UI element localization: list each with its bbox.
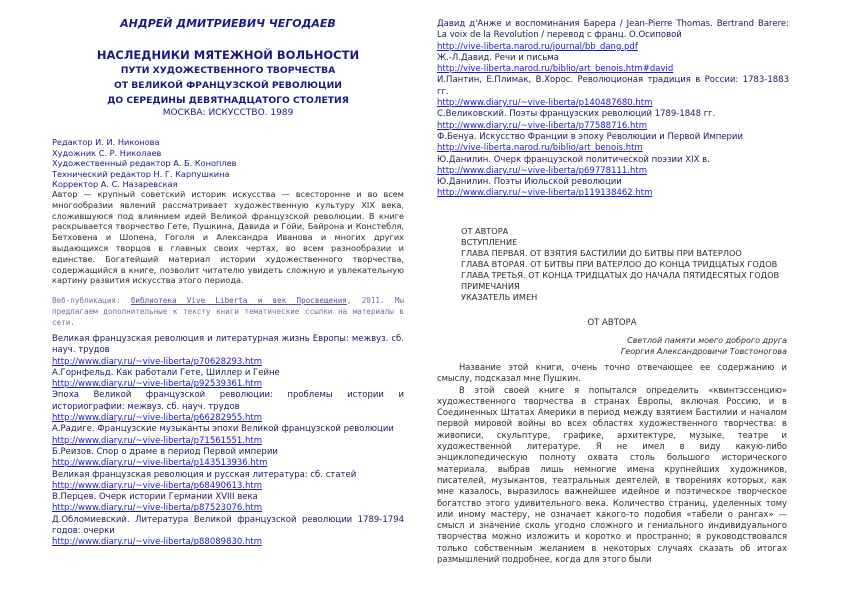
credit-art-editor: Художественный редактор А. Б. Коноплев [52,158,236,169]
reference-link[interactable]: http://www.diary.ru/~vive-liberta/p88089… [52,537,404,548]
reference-title: А.Горнфельд. Как работали Гете, Шиллер и… [52,368,404,379]
reference-link[interactable]: http://www.diary.ru/~vive-liberta/p70628… [52,357,404,368]
dedication: Светлой памяти моего доброго друга Георг… [621,335,787,357]
reference-item: А.Радиге. Французские музыканты эпохи Ве… [52,424,404,447]
reference-list-right: Давид д'Анже и воспоминания Барера / Jea… [437,19,789,200]
body-text: Название этой книги, очень точно отвечаю… [437,362,787,565]
reference-item: Ж.-Л.Давид. Речи и письма http://vive-li… [437,53,789,76]
reference-link[interactable]: http://www.diary.ru/~vive-liberta/p68490… [52,481,404,492]
reference-link[interactable]: http://www.diary.ru/~vive-liberta/p92539… [52,379,404,390]
reference-item: Ю.Данилин. Очерк французской политическо… [437,155,789,178]
credit-editor: Редактор И. И. Никонова [52,137,236,148]
reference-item: Великая французская революция и литерату… [52,334,404,368]
reference-item: Б.Реизов. Спор о драме в период Первой и… [52,447,404,470]
reference-link[interactable]: http://www.diary.ru/~vive-liberta/p71561… [52,436,404,447]
reference-link[interactable]: http://vive-liberta.narod.ru/biblio/art_… [437,64,789,75]
reference-title: Ж.-Л.Давид. Речи и письма [437,53,789,64]
reference-link[interactable]: http://www.diary.ru/~vive-liberta/p14351… [52,458,404,469]
reference-link[interactable]: http://www.diary.ru/~vive-liberta/p66282… [52,413,404,424]
toc-item[interactable]: ГЛАВА ВТОРАЯ. ОТ БИТВЫ ПРИ ВАТЕРЛОО ДО К… [461,259,779,270]
reference-item: Великая французская революция и русская … [52,470,404,493]
credit-proofreader: Корректор А. С. Назаревская [52,179,236,190]
toc-item[interactable]: УКАЗАТЕЛЬ ИМЕН [461,292,779,303]
reference-item: С.Великовский. Поэты французских революц… [437,109,789,132]
library-link[interactable]: библиотека Vive Liberta и век Просвещени… [131,296,347,305]
web-publication-note: Веб-публикация: библиотека Vive Liberta … [52,296,404,328]
toc-item[interactable]: ПРИМЕЧАНИЯ [461,281,779,292]
dedication-line: Светлой памяти моего доброго друга [621,335,787,346]
reference-item: И.Пантин, Е.Плимак, В.Хорос. Революциона… [437,75,789,109]
webpub-prefix: Веб-публикация: [52,296,131,305]
dedication-line: Георгия Александровичи Товстоногова [621,346,787,357]
reference-link[interactable]: http://www.diary.ru/~vive-liberta/p14048… [437,98,789,109]
reference-title: Эпоха Великой французской революции: про… [52,390,404,413]
toc-item[interactable]: ВСТУПЛЕНИЕ [461,237,779,248]
reference-title: Давид д'Анже и воспоминания Барера / Jea… [437,19,789,42]
reference-link[interactable]: http://www.diary.ru/~vive-liberta/p77588… [437,121,789,132]
reference-link[interactable]: http://www.diary.ru/~vive-liberta/p69778… [437,166,789,177]
toc-item[interactable]: ГЛАВА ТРЕТЬЯ. ОТ КОНЦА ТРИДЦАТЫХ ДО НАЧА… [461,270,779,281]
reference-item: Д.Обломиевский. Литература Великой франц… [52,515,404,549]
paragraph: Название этой книги, очень точно отвечаю… [437,362,787,385]
reference-link[interactable]: http://vive-liberta.narod.ru/journal/bb_… [437,42,789,53]
book-subtitle-line: ПУТИ ХУДОЖЕСТВЕННОГО ТВОРЧЕСТВА [52,65,404,76]
reference-list-left: Великая французская революция и литерату… [52,334,404,549]
reference-item: Ф.Бенуа. Искусство Франции в эпоху Револ… [437,132,789,155]
credit-artist: Художник С. Р. Николаев [52,148,236,159]
book-author: АНДРЕЙ ДМИТРИЕВИЧ ЧЕГОДАЕВ [52,17,404,30]
reference-item: Эпоха Великой французской революции: про… [52,390,404,424]
reference-title: А.Радиге. Французские музыканты эпохи Ве… [52,424,404,435]
reference-item: Ю.Данилин. Поэты Июльской революции http… [437,177,789,200]
paragraph: В этой своей книге я попытался определит… [437,385,787,566]
reference-link[interactable]: http://www.diary.ru/~vive-liberta/p87523… [52,503,404,514]
reference-title: Великая французская революция и литерату… [52,334,404,357]
reference-title: И.Пантин, Е.Плимак, В.Хорос. Революциона… [437,75,789,98]
book-title: НАСЛЕДНИКИ МЯТЕЖНОЙ ВОЛЬНОСТИ [52,48,404,62]
reference-title: Ю.Данилин. Поэты Июльской революции [437,177,789,188]
credit-tech-editor: Технический редактор Н. Г. Карпушкина [52,169,236,180]
reference-title: Великая французская революция и русская … [52,470,404,481]
book-subtitle-line: ОТ ВЕЛИКОЙ ФРАНЦУЗСКОЙ РЕВОЛЮЦИИ [52,80,404,91]
toc-item[interactable]: ОТ АВТОРА [461,226,779,237]
reference-title: В.Перцев. Очерк истории Германии XVIII в… [52,492,404,503]
table-of-contents: ОТ АВТОРА ВСТУПЛЕНИЕ ГЛАВА ПЕРВАЯ. ОТ ВЗ… [461,226,779,303]
reference-item: Давид д'Анже и воспоминания Барера / Jea… [437,19,789,53]
book-subtitle-line: ДО СЕРЕДИНЫ ДЕВЯТНАДЦАТОГО СТОЛЕТИЯ [52,95,404,106]
reference-title: Ф.Бенуа. Искусство Франции в эпоху Револ… [437,132,789,143]
reference-title: Д.Обломиевский. Литература Великой франц… [52,515,404,538]
reference-item: В.Перцев. Очерк истории Германии XVIII в… [52,492,404,515]
reference-title: Б.Реизов. Спор о драме в период Первой и… [52,447,404,458]
credits-list: Редактор И. И. Никонова Художник С. Р. Н… [52,137,236,190]
publisher-line: МОСКВА: ИСКУССТВО. 1989 [52,108,404,118]
reference-link[interactable]: http://vive-liberta.narod.ru/biblio/art_… [437,143,789,154]
reference-title: С.Великовский. Поэты французских революц… [437,109,789,120]
toc-item[interactable]: ГЛАВА ПЕРВАЯ. ОТ ВЗЯТИЯ БАСТИЛИИ ДО БИТВ… [461,248,779,259]
reference-title: Ю.Данилин. Очерк французской политическо… [437,155,789,166]
reference-link[interactable]: http://www.diary.ru/~vive-liberta/p11913… [437,188,789,199]
book-abstract: Автор — крупный советский историк искусс… [52,189,404,286]
section-heading: ОТ АВТОРА [437,318,787,328]
reference-item: А.Горнфельд. Как работали Гете, Шиллер и… [52,368,404,391]
